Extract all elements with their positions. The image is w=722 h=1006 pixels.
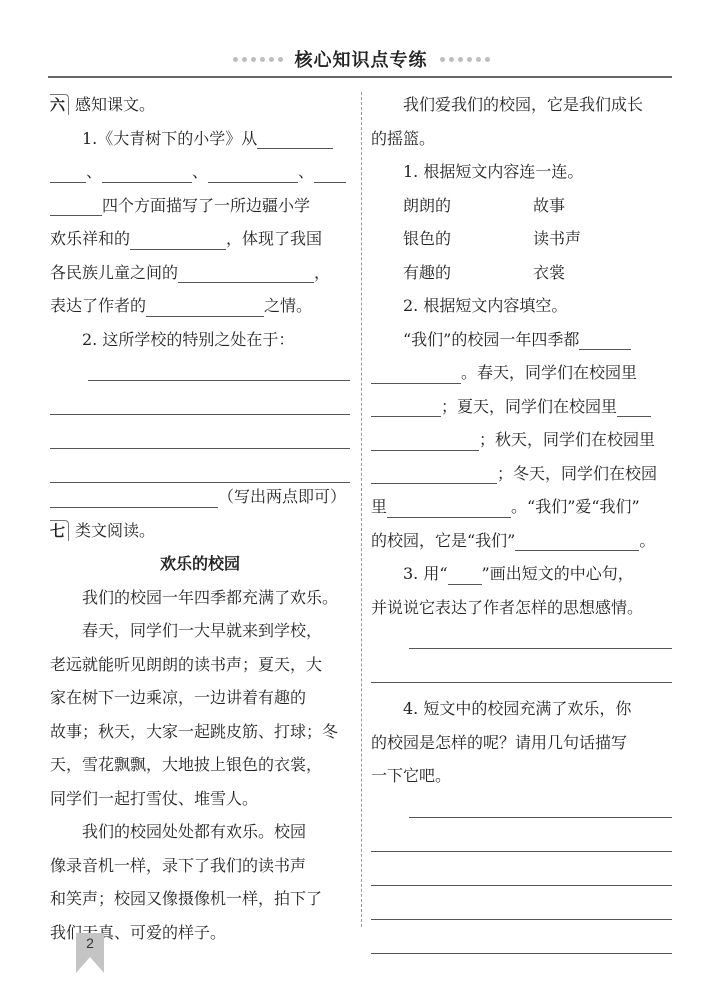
answer-line[interactable] <box>371 827 672 852</box>
page-number-badge: 2 <box>76 933 104 973</box>
answer-blank[interactable] <box>146 294 264 317</box>
answer-blank[interactable] <box>371 428 479 451</box>
answer-line[interactable] <box>371 929 672 954</box>
section-title: 类文阅读。 <box>75 521 155 540</box>
right-column: 我们爱我们的校园，它是我们成长 的摇篮。 1. 根据短文内容连一连。 朗朗的故事… <box>371 88 672 963</box>
match-right-item[interactable]: 衣裳 <box>533 256 565 290</box>
s7-q3-line1: 3. 用“”画出短文的中心句， <box>371 557 672 591</box>
question-text: 四个方面描写了一所边疆小学 <box>102 196 310 215</box>
match-row: 银色的读书声 <box>371 222 672 256</box>
answer-line[interactable] <box>371 658 672 683</box>
header-title: 核心知识点专练 <box>295 46 428 72</box>
answer-blank[interactable] <box>515 528 639 551</box>
question-text: 。 <box>639 531 655 550</box>
s7-q2-line4: ；秋天，同学们在校园里 <box>371 423 672 457</box>
question-text: 1.《大青树下的小学》从 <box>82 129 257 148</box>
answer-blank[interactable] <box>50 193 102 216</box>
article-line: 和笑声；校园又像摄像机一样，拍下了 <box>50 882 350 916</box>
answer-blank[interactable] <box>178 260 314 283</box>
column-divider <box>361 92 362 927</box>
answer-line[interactable] <box>88 356 350 381</box>
question-text: 。“我们”爱“我们” <box>511 497 640 516</box>
article-line: 春天，同学们一大早就来到学校， <box>50 614 350 648</box>
s7-q4-line2: 的校园是怎样的呢？请用几句话描写 <box>371 726 672 760</box>
question-text: ；夏天，同学们在校园里 <box>441 397 617 416</box>
answer-blank[interactable] <box>387 495 511 518</box>
s6-q1-line4: 欢乐祥和的，体现了我国 <box>50 222 350 256</box>
question-text: 的校园，它是“我们” <box>371 531 515 550</box>
section7-heading: 七类文阅读。 <box>50 514 350 548</box>
header-dots-right <box>440 57 490 62</box>
question-text: ”画出短文的中心句， <box>482 564 634 583</box>
s7-q2-line5: ；冬天，同学们在校园 <box>371 457 672 491</box>
answer-line[interactable] <box>50 390 350 415</box>
question-text: ， <box>314 263 330 282</box>
article-line: 同学们一起打雪仗、堆雪人。 <box>50 782 350 816</box>
answer-blank[interactable] <box>50 160 86 183</box>
header-dots-left <box>233 57 283 62</box>
s7-q3-line2: 并说说它表达了作者怎样的思想感情。 <box>371 591 672 625</box>
article-line: 家在树下一边乘凉，一边讲着有趣的 <box>50 681 350 715</box>
separator: 、 <box>86 162 102 181</box>
s7-q2-line6: 里。“我们”爱“我们” <box>371 490 672 524</box>
section6-heading: 六感知课文。 <box>50 88 350 122</box>
answer-blank[interactable] <box>257 126 333 149</box>
page-number: 2 <box>76 933 104 951</box>
answer-blank[interactable] <box>371 394 441 417</box>
question-text: ；冬天，同学们在校园 <box>497 464 657 483</box>
s6-q2-last-line: （写出两点即可） <box>50 480 350 514</box>
s6-q1-line1: 1.《大青树下的小学》从 <box>50 122 350 156</box>
s6-q1-line3: 四个方面描写了一所边疆小学 <box>50 189 350 223</box>
s7-q4-line3: 一下它吧。 <box>371 759 672 793</box>
match-right-item[interactable]: 读书声 <box>533 222 581 256</box>
article-line: 天，雪花飘飘，大地披上银色的衣裳， <box>50 748 350 782</box>
answer-blank[interactable] <box>102 160 192 183</box>
answer-line[interactable] <box>409 624 672 649</box>
answer-blank[interactable] <box>130 227 226 250</box>
s7-q2-text: 2. 根据短文内容填空。 <box>371 289 672 323</box>
answer-blank[interactable] <box>50 485 218 508</box>
match-left-item[interactable]: 银色的 <box>371 222 533 256</box>
match-right-item[interactable]: 故事 <box>533 189 565 223</box>
question-text: ，体现了我国 <box>226 229 322 248</box>
answer-blank[interactable] <box>314 160 346 183</box>
section-marker: 七 <box>50 520 69 541</box>
article-line: 像录音机一样，录下了我们的读书声 <box>50 849 350 883</box>
answer-blank[interactable] <box>617 394 651 417</box>
article-title: 欢乐的校园 <box>50 547 350 581</box>
underline-sample <box>448 562 482 585</box>
match-row: 朗朗的故事 <box>371 189 672 223</box>
match-left-item[interactable]: 有趣的 <box>371 256 533 290</box>
answer-blank[interactable] <box>371 461 497 484</box>
answer-line[interactable] <box>50 424 350 449</box>
answer-line[interactable] <box>371 895 672 920</box>
separator: 、 <box>192 162 208 181</box>
s7-q2-line3: ；夏天，同学们在校园里 <box>371 390 672 424</box>
match-row: 有趣的衣裳 <box>371 256 672 290</box>
question-text: 。春天，同学们在校园里 <box>461 363 637 382</box>
question-text: 欢乐祥和的 <box>50 229 130 248</box>
s7-q2-line7: 的校园，它是“我们”。 <box>371 524 672 558</box>
article-line: 我们爱我们的校园，它是我们成长 <box>371 88 672 122</box>
question-text: ；秋天，同学们在校园里 <box>479 430 655 449</box>
answer-line[interactable] <box>409 793 672 818</box>
question-text: 里 <box>371 497 387 516</box>
hint-text: （写出两点即可） <box>218 487 346 506</box>
s7-q2-line1: “我们”的校园一年四季都 <box>371 323 672 357</box>
s7-q4-line1: 4. 短文中的校园充满了欢乐，你 <box>371 692 672 726</box>
article-line: 我们的校园一年四季都充满了欢乐。 <box>50 581 350 615</box>
s7-q1-text: 1. 根据短文内容连一连。 <box>371 155 672 189</box>
answer-blank[interactable] <box>579 327 631 350</box>
s6-q1-line2: 、、、 <box>50 155 350 189</box>
section-title: 感知课文。 <box>75 95 155 114</box>
page-header: 核心知识点专练 <box>0 44 722 74</box>
left-column: 六感知课文。 1.《大青树下的小学》从 、、、 四个方面描写了一所边疆小学 欢乐… <box>50 88 350 949</box>
question-text: 表达了作者的 <box>50 296 146 315</box>
header-rule <box>48 76 672 78</box>
answer-blank[interactable] <box>371 361 461 384</box>
article-line: 老远就能听见朗朗的读书声；夏天，大 <box>50 648 350 682</box>
article-line: 我们的校园处处都有欢乐。校园 <box>50 815 350 849</box>
article-line: 的摇篮。 <box>371 122 672 156</box>
answer-line[interactable] <box>371 861 672 886</box>
question-text: 3. 用“ <box>403 564 448 583</box>
s6-q2-text: 2. 这所学校的特别之处在于： <box>50 323 350 357</box>
article-line: 故事；秋天，大家一起跳皮筋、打球；冬 <box>50 715 350 749</box>
question-text: 之情。 <box>264 296 312 315</box>
s6-q1-line5: 各民族儿童之间的， <box>50 256 350 290</box>
match-left-item[interactable]: 朗朗的 <box>371 189 533 223</box>
question-text: “我们”的校园一年四季都 <box>403 330 579 349</box>
question-text: 各民族儿童之间的 <box>50 263 178 282</box>
s7-q2-line2: 。春天，同学们在校园里 <box>371 356 672 390</box>
answer-blank[interactable] <box>208 160 298 183</box>
separator: 、 <box>298 162 314 181</box>
section-marker: 六 <box>50 94 69 115</box>
s6-q1-line6: 表达了作者的之情。 <box>50 289 350 323</box>
